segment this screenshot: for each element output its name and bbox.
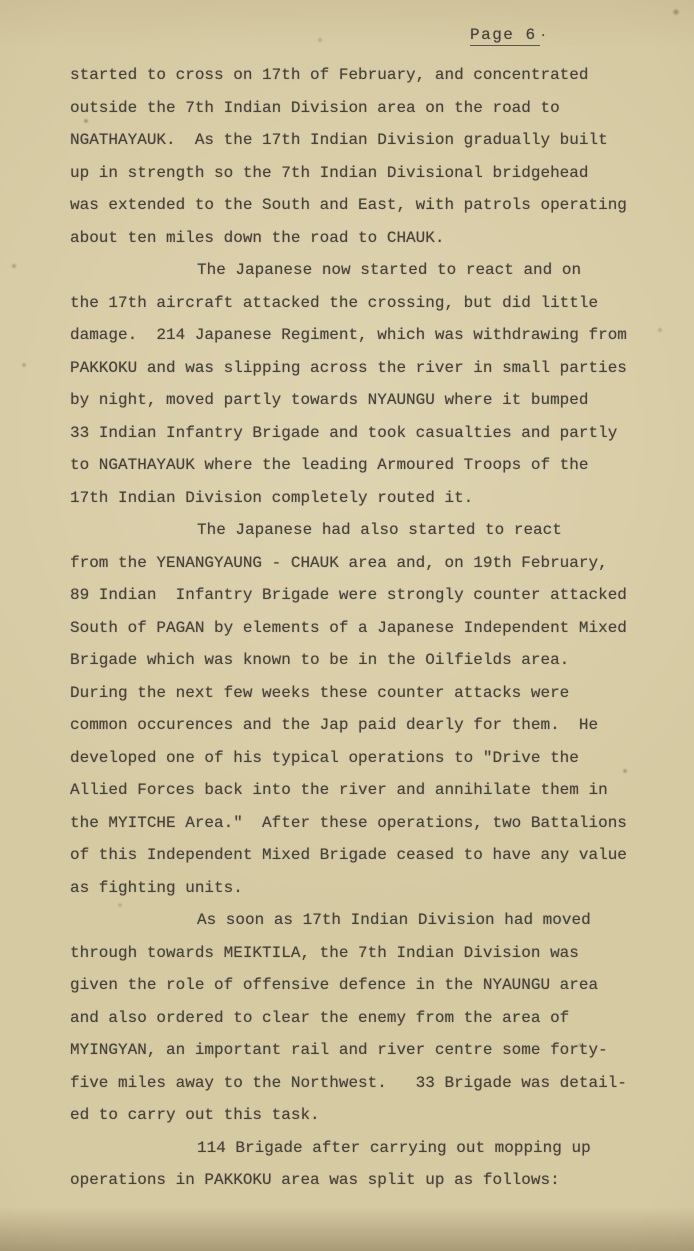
document-page: Page 6. started to cross on 17th of Febr… — [0, 0, 694, 1251]
text-line: to NGATHAYAUK where the leading Armoured… — [70, 449, 660, 482]
text-line: through towards MEIKTILA, the 7th Indian… — [70, 937, 660, 970]
text-line: NGATHAYAUK. As the 17th Indian Division … — [70, 124, 660, 157]
text-line: The Japanese had also started to react — [70, 514, 660, 547]
text-line: Allied Forces back into the river and an… — [70, 774, 660, 807]
text-line: common occurences and the Jap paid dearl… — [70, 709, 660, 742]
text-line: the 17th aircraft attacked the crossing,… — [70, 287, 660, 320]
text-line: 17th Indian Division completely routed i… — [70, 482, 660, 515]
text-line: the MYITCHE Area." After these operation… — [70, 807, 660, 840]
text-line: damage. 214 Japanese Regiment, which was… — [70, 319, 660, 352]
document-body: started to cross on 17th of February, an… — [70, 59, 660, 1197]
text-line: was extended to the South and East, with… — [70, 189, 660, 222]
text-line: from the YENANGYAUNG - CHAUK area and, o… — [70, 547, 660, 580]
text-line: operations in PAKKOKU area was split up … — [70, 1164, 660, 1197]
text-line: started to cross on 17th of February, an… — [70, 59, 660, 92]
text-line: The Japanese now started to react and on — [70, 254, 660, 287]
text-line: MYINGYAN, an important rail and river ce… — [70, 1034, 660, 1067]
text-line: by night, moved partly towards NYAUNGU w… — [70, 384, 660, 417]
text-line: As soon as 17th Indian Division had move… — [70, 904, 660, 937]
text-line: outside the 7th Indian Division area on … — [70, 92, 660, 125]
text-line: five miles away to the Northwest. 33 Bri… — [70, 1067, 660, 1100]
text-line: 89 Indian Infantry Brigade were strongly… — [70, 579, 660, 612]
text-line: about ten miles down the road to CHAUK. — [70, 222, 660, 255]
text-line: PAKKOKU and was slipping across the rive… — [70, 352, 660, 385]
text-line: as fighting units. — [70, 872, 660, 905]
text-line: South of PAGAN by elements of a Japanese… — [70, 612, 660, 645]
text-line: and also ordered to clear the enemy from… — [70, 1002, 660, 1035]
text-line: given the role of offensive defence in t… — [70, 969, 660, 1002]
page-number-label: Page 6 — [470, 26, 540, 46]
text-line: ed to carry out this task. — [70, 1099, 660, 1132]
page-number: Page 6. — [470, 26, 548, 44]
text-line: developed one of his typical operations … — [70, 742, 660, 775]
text-line: 114 Brigade after carrying out mopping u… — [70, 1132, 660, 1165]
text-line: up in strength so the 7th Indian Divisio… — [70, 157, 660, 190]
text-line: of this Independent Mixed Brigade ceased… — [70, 839, 660, 872]
text-line: 33 Indian Infantry Brigade and took casu… — [70, 417, 660, 450]
page-number-period: . — [540, 26, 549, 40]
text-line: Brigade which was known to be in the Oil… — [70, 644, 660, 677]
text-line: During the next few weeks these counter … — [70, 677, 660, 710]
